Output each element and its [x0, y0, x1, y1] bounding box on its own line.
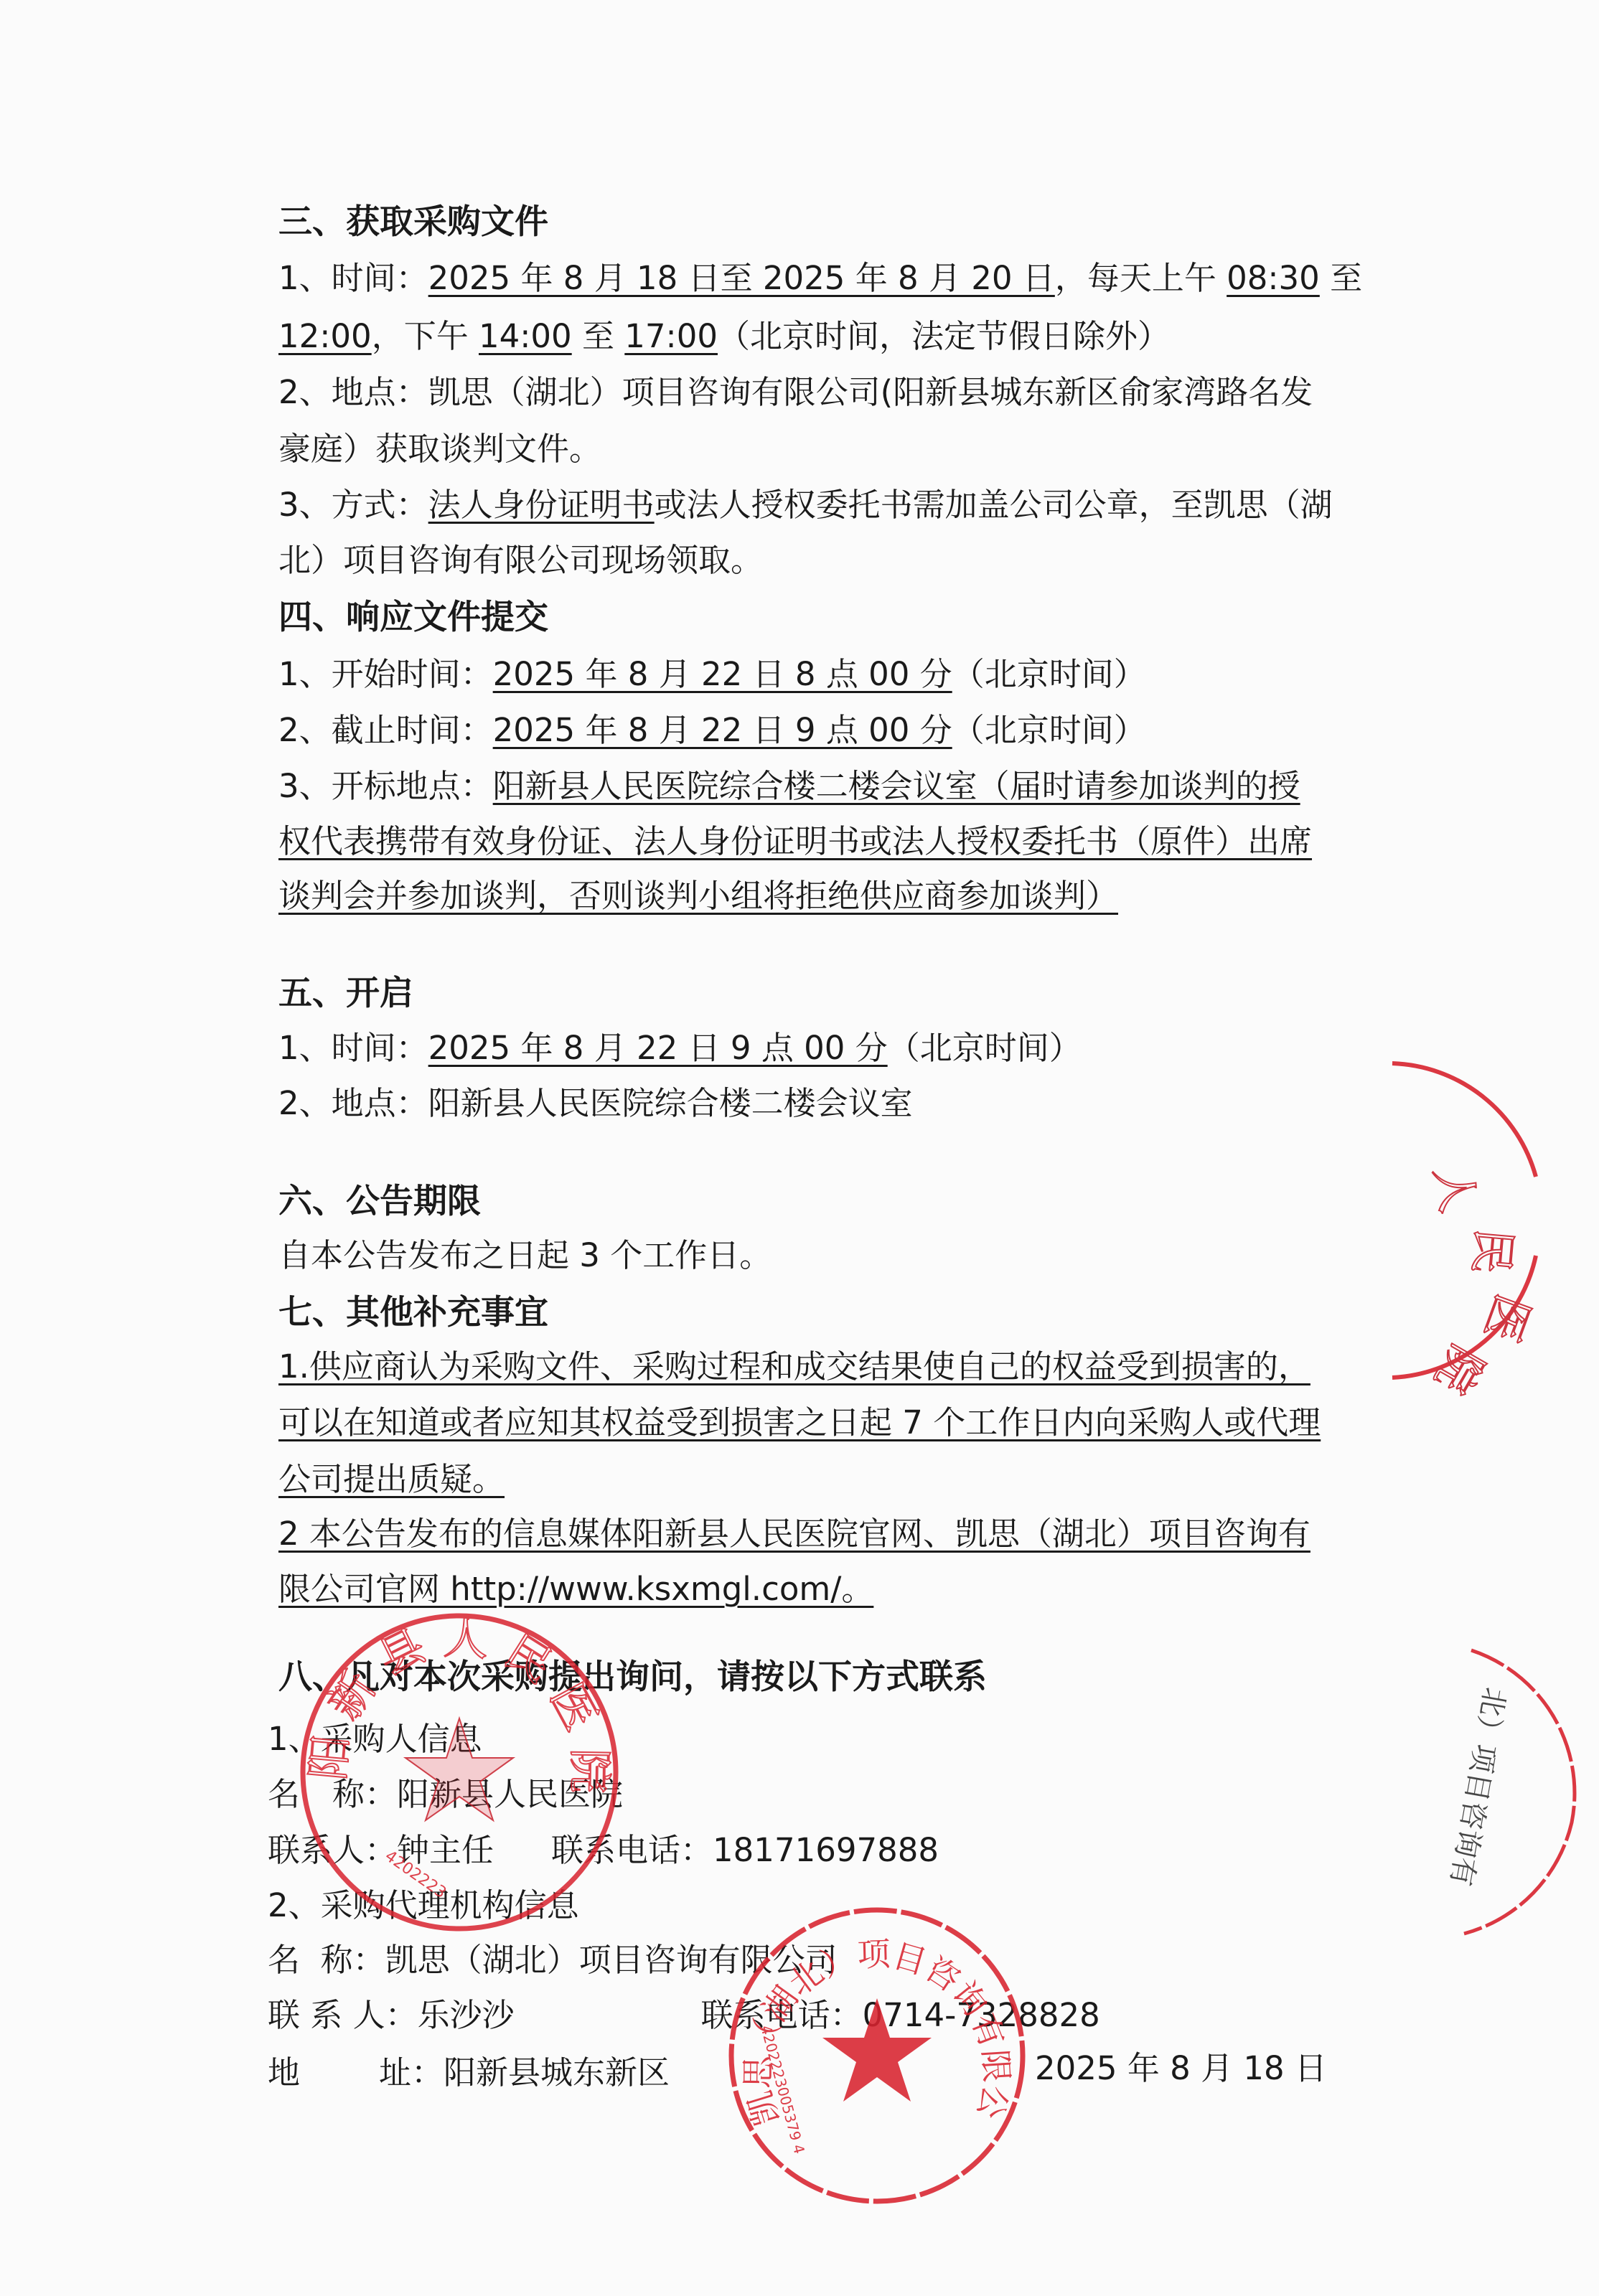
purchaser-name: 名 称：阳新县人民医院: [268, 1773, 623, 1816]
section-5-heading: 五、开启: [278, 972, 413, 1015]
s3-to: 至: [1320, 259, 1362, 297]
purchaser-contact: 联系人：钟主任联系电话：18171697888: [268, 1829, 939, 1872]
section-4-heading: 四、响应文件提交: [278, 596, 548, 639]
agency-name-value: 凯思（湖北）项目咨询有限公司: [385, 1941, 838, 1979]
s3-pm-end: 17:00: [624, 317, 718, 355]
s3-pm-text: ，下午: [372, 317, 479, 355]
svg-text:医: 医: [1473, 1288, 1539, 1349]
agency-address: 地址：阳新县城东新区: [268, 2051, 670, 2094]
agency-address-value: 阳新县城东新区: [444, 2053, 670, 2092]
seal-icon: 人 民 医 院: [1378, 1055, 1599, 1385]
s3-method-rest: 或法人授权委托书需加盖公司公章，至凯思（湖: [655, 486, 1333, 524]
s3-daily-text: ，每天上午: [1055, 259, 1227, 297]
agency-name-label: 名 称：: [268, 1941, 385, 1979]
seal-icon: 北）项目咨询有: [1443, 1636, 1599, 1952]
s7-item-2-line-1: 2 本公告发布的信息媒体阳新县人民医院官网、凯思（湖北）项目咨询有: [278, 1512, 1310, 1556]
section-6-heading: 六、公告期限: [278, 1180, 481, 1223]
s3-pm-start: 14:00: [479, 317, 572, 355]
s4-deadline-label: 2、截止时间：: [278, 711, 493, 749]
s4-venue-line-3: 谈判会并参加谈判，否则谈判小组将拒绝供应商参加谈判）: [278, 875, 1118, 918]
purchaser-title: 1、采购人信息: [268, 1718, 482, 1761]
agency-contact-value: 乐沙沙: [418, 1996, 515, 2034]
s7-item-1-line-1: 1.供应商认为采购文件、采购过程和成交结果使自己的权益受到损害的，: [278, 1345, 1310, 1388]
agency-contact-label: 联 系 人：: [268, 1996, 418, 2034]
s4-deadline: 2、截止时间：2025 年 8 月 22 日 9 点 00 分（北京时间）: [278, 709, 1146, 752]
s4-deadline-value: 2025 年 8 月 22 日 9 点 00 分: [493, 711, 952, 749]
s5-location: 2、地点：阳新县人民医院综合楼二楼会议室: [278, 1082, 913, 1125]
agency-address-label-a: 地: [268, 2053, 300, 2092]
s3-location-line-2: 豪庭）获取谈判文件。: [278, 428, 601, 471]
s3-to-2: 至: [572, 317, 625, 355]
s3-time-line-2: 12:00，下午 14:00 至 17:00（北京时间，法定节假日除外）: [278, 315, 1170, 358]
s3-method-line-2: 北）项目咨询有限公司现场领取。: [278, 539, 763, 582]
announcement-date: 2025 年 8 月 18 日: [1035, 2047, 1327, 2090]
s5-time: 1、时间：2025 年 8 月 22 日 9 点 00 分（北京时间）: [278, 1027, 1082, 1070]
edge-seal-stamp-bottom: 北）项目咨询有: [1443, 1636, 1599, 1952]
s3-time-label: 1、时间：: [278, 259, 428, 297]
s5-time-label: 1、时间：: [278, 1029, 428, 1067]
s4-venue-line-1: 3、开标地点：阳新县人民医院综合楼二楼会议室（届时请参加谈判的授: [278, 765, 1300, 808]
purchaser-contact-label: 联系人：: [268, 1831, 397, 1869]
s4-venue-value: 阳新县人民医院综合楼二楼会议室（届时请参加谈判的授: [493, 767, 1300, 805]
agency-phone-value: 0714-7328828: [863, 1996, 1100, 2034]
s3-date-range: 2025 年 8 月 18 日至 2025 年 8 月 20 日: [428, 259, 1055, 297]
s4-deadline-note: （北京时间）: [952, 711, 1146, 749]
s3-time-line-1: 1、时间：2025 年 8 月 18 日至 2025 年 8 月 20 日，每天…: [278, 257, 1362, 300]
s3-am-start: 08:30: [1227, 259, 1320, 297]
s4-start-value: 2025 年 8 月 22 日 8 点 00 分: [493, 655, 952, 693]
svg-text:北）项目咨询有: 北）项目咨询有: [1444, 1685, 1511, 1888]
s4-start-note: （北京时间）: [952, 655, 1146, 693]
purchaser-name-label: 名 称：: [268, 1775, 397, 1813]
svg-text:民: 民: [1463, 1226, 1519, 1276]
svg-text:院: 院: [1424, 1336, 1493, 1402]
agency-title: 2、采购代理机构信息: [268, 1884, 579, 1927]
s3-note: （北京时间，法定节假日除外）: [718, 317, 1170, 355]
s3-am-end: 12:00: [278, 317, 372, 355]
agency-address-label-b: 址：: [379, 2053, 444, 2092]
svg-text:阳 新 县 人 民 医 院: 阳 新 县 人 民 医 院: [301, 1612, 616, 1793]
document-page: 三、获取采购文件 1、时间：2025 年 8 月 18 日至 2025 年 8 …: [0, 0, 1599, 2296]
s4-venue-label: 3、开标地点：: [278, 767, 493, 805]
s4-venue-line-2: 权代表携带有效身份证、法人身份证明书或法人授权委托书（原件）出席: [278, 820, 1312, 863]
edge-seal-stamp-top: 人 民 医 院: [1378, 1055, 1599, 1385]
purchaser-phone-label: 联系电话：: [551, 1831, 713, 1869]
s7-item-2-line-2: 限公司官网 http://www.ksxmgl.com/。: [278, 1568, 873, 1611]
s5-time-value: 2025 年 8 月 22 日 9 点 00 分: [428, 1029, 888, 1067]
s3-method-line-1: 3、方式：法人身份证明书或法人授权委托书需加盖公司公章，至凯思（湖: [278, 484, 1333, 527]
section-8-heading: 八、凡对本次采购提出询问，请按以下方式联系: [278, 1656, 987, 1699]
section-3-heading: 三、获取采购文件: [278, 201, 548, 244]
purchaser-name-value: 阳新县人民医院: [397, 1775, 623, 1813]
s4-start-time: 1、开始时间：2025 年 8 月 22 日 8 点 00 分（北京时间）: [278, 653, 1146, 696]
s7-item-1-line-3: 公司提出质疑。: [278, 1458, 505, 1501]
agency-name: 名 称：凯思（湖北）项目咨询有限公司: [268, 1939, 838, 1982]
purchaser-phone-value: 18171697888: [713, 1831, 939, 1869]
agency-phone-label: 联系电话：: [701, 1996, 863, 2034]
s3-method-underlined: 法人身份证明书: [428, 486, 655, 524]
s3-location-line-1: 2、地点：凯思（湖北）项目咨询有限公司(阳新县城东新区俞家湾路名发: [278, 371, 1313, 414]
s3-method-label: 3、方式：: [278, 486, 428, 524]
s4-start-label: 1、开始时间：: [278, 655, 493, 693]
s6-period: 自本公告发布之日起 3 个工作日。: [278, 1234, 772, 1277]
purchaser-contact-value: 钟主任: [397, 1831, 494, 1869]
svg-text:4202223005379 4: 4202223005379 4: [757, 2023, 808, 2155]
s5-time-note: （北京时间）: [888, 1029, 1082, 1067]
section-7-heading: 七、其他补充事宜: [278, 1291, 548, 1335]
svg-text:人: 人: [1424, 1162, 1484, 1217]
agency-contact: 联 系 人：乐沙沙联系电话：0714-7328828: [268, 1994, 1100, 2037]
s7-item-1-line-2: 可以在知道或者应知其权益受到损害之日起 7 个工作日内向采购人或代理: [278, 1401, 1321, 1444]
